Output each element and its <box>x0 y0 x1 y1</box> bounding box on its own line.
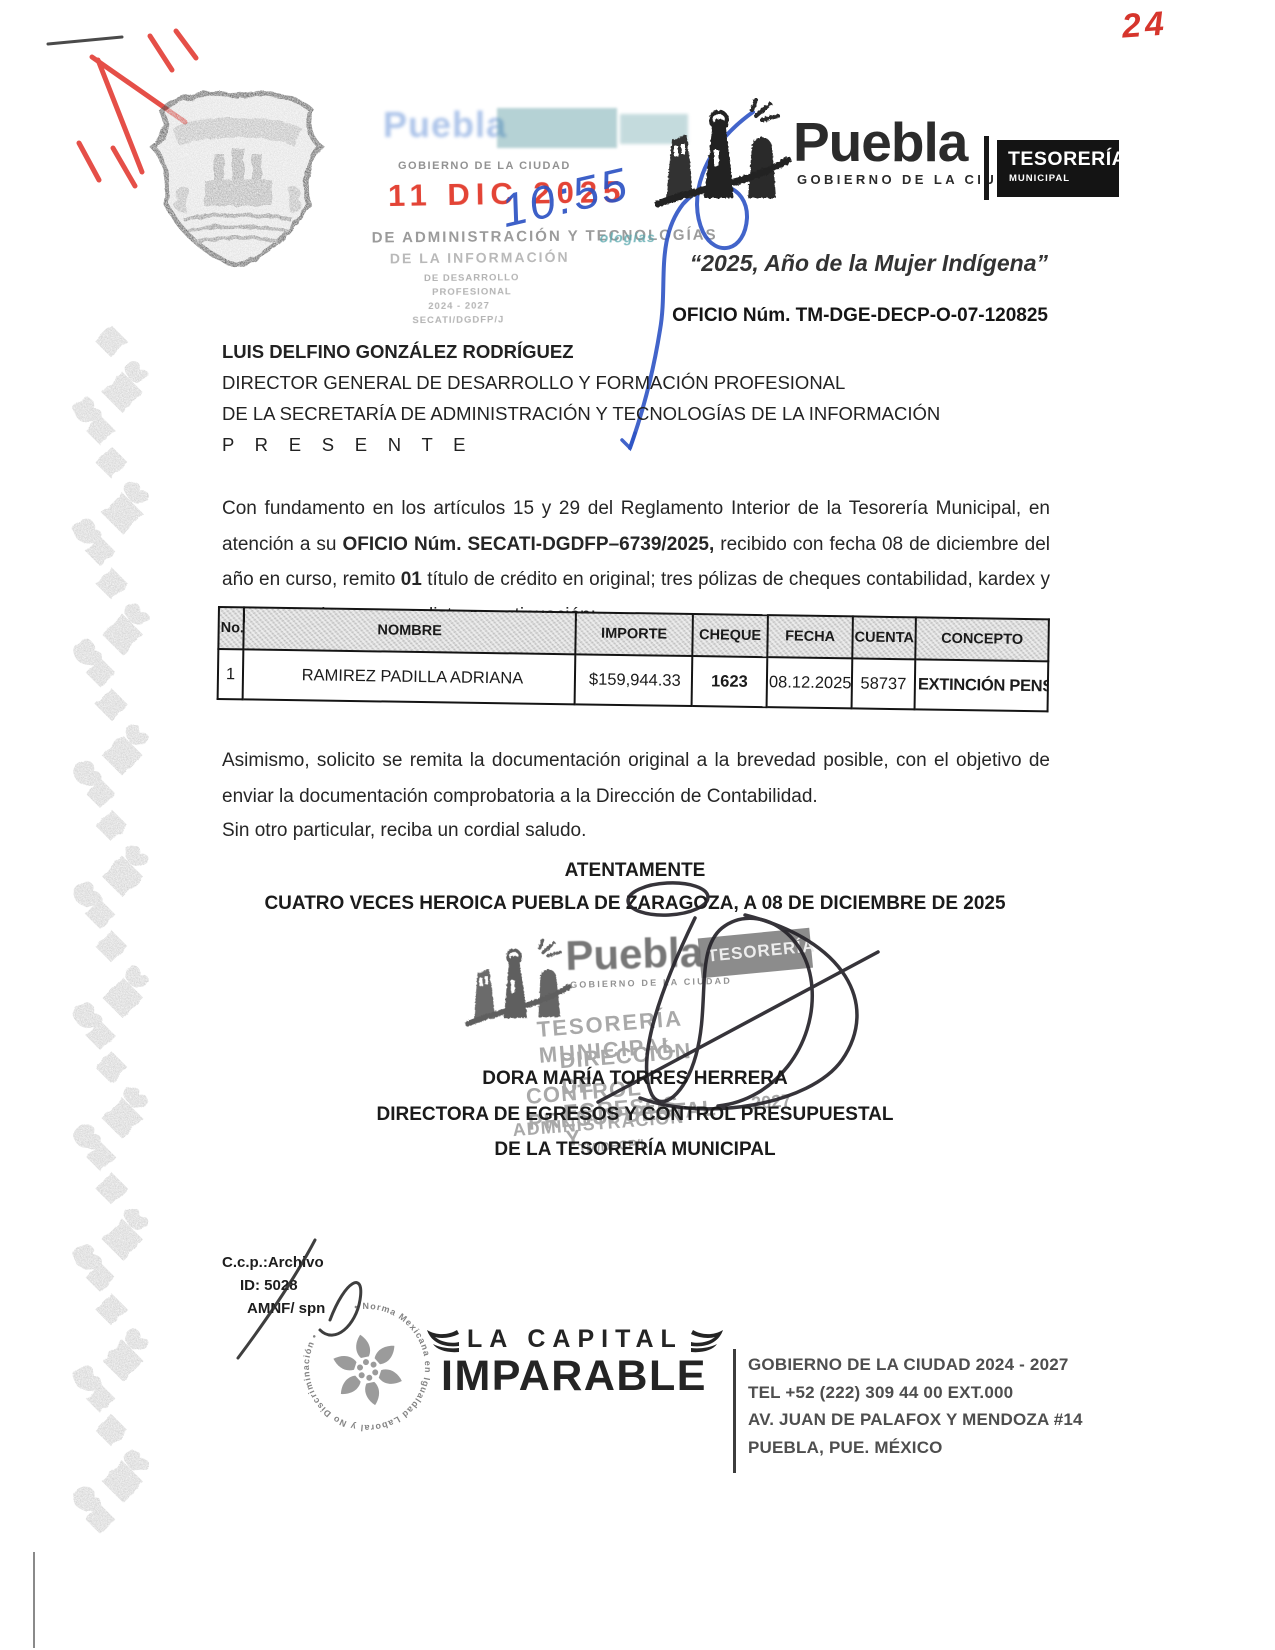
imparable-text: IMPARABLE <box>441 1352 725 1401</box>
cell-cuenta: 58737 <box>852 658 916 709</box>
col-concepto: CONCEPTO <box>915 617 1049 661</box>
col-fecha: FECHA <box>767 615 853 658</box>
tesoreria-label: TESORERÍA <box>1008 148 1126 171</box>
handwritten-signature <box>560 880 900 1130</box>
puebla-logo-mark <box>652 98 792 210</box>
presente-line: P R E S E N T E <box>222 429 940 460</box>
wing-right-icon <box>689 1324 725 1354</box>
cell-fecha: 08.12.2025 <box>767 657 853 708</box>
header-divider-bar <box>984 136 989 200</box>
footer-address: GOBIERNO DE LA CIUDAD 2024 - 2027 TEL +5… <box>748 1351 1083 1461</box>
scan-edge-mark <box>33 1552 35 1648</box>
atentamente-line: ATENTAMENTE <box>222 860 1048 882</box>
body-paragraph-2: Asimismo, solicito se remita la document… <box>222 743 1050 814</box>
p1-oficio-ref: OFICIO Núm. SECATI-DGDFP–6739/2025, <box>343 534 715 555</box>
col-cuenta: CUENTA <box>852 616 916 659</box>
scanned-oficio-page: Puebla GOBIERNO DE LA CIUDAD 11 DIC 2025… <box>0 0 1275 1650</box>
footer-line-1: GOBIERNO DE LA CIUDAD 2024 - 2027 <box>748 1351 1083 1379</box>
footer-divider <box>733 1349 736 1473</box>
p1-count: 01 <box>401 569 422 590</box>
oficio-number: OFICIO Núm. TM-DGE-DECP-O-07-120825 <box>222 305 1048 327</box>
cert-ring-text: • Norma Mexicana en Igualdad Laboral y N… <box>289 1289 446 1446</box>
cell-importe: $ 159,944.33 <box>575 654 693 706</box>
col-nombre: NOMBRE <box>243 607 576 654</box>
cell-no: 1 <box>218 649 244 699</box>
cell-nombre: RAMIREZ PADILLA ADRIANA <box>243 649 576 704</box>
year-slogan: “2025, Año de la Mujer Indígena” <box>420 250 1048 277</box>
municipal-label: MUNICIPAL <box>1009 173 1070 184</box>
reception-stamp-city-line: GOBIERNO DE LA CIUDAD <box>398 160 571 172</box>
body-paragraph-3: Sin otro particular, reciba un cordial s… <box>222 813 1050 849</box>
recipient-name: LUIS DELFINO GONZÁLEZ RODRÍGUEZ <box>222 336 940 367</box>
cell-cheque: 1623 <box>692 656 768 707</box>
reception-stamp-brand: Puebla <box>383 104 507 146</box>
capital-imparable-logo: LA CAPITAL IMPARABLE <box>425 1324 725 1401</box>
left-ornament-band <box>64 322 160 1537</box>
col-importe: IMPORTE <box>575 612 693 656</box>
recipient-title-2: DE LA SECRETARÍA DE ADMINISTRACIÓN Y TEC… <box>222 398 940 429</box>
col-cheque: CHEQUE <box>692 614 768 657</box>
amount: 159,944.33 <box>598 670 681 690</box>
footer-line-2: TEL +52 (222) 309 44 00 EXT.000 <box>748 1379 1083 1407</box>
cell-concepto: EXTINCIÓN PENSIÓN <box>915 659 1049 711</box>
handwritten-page-number: 24 <box>1121 4 1169 46</box>
credit-table: No. NOMBRE IMPORTE CHEQUE FECHA CUENTA C… <box>217 606 1050 712</box>
tesoreria-box: TESORERÍA MUNICIPAL <box>997 140 1119 197</box>
puebla-wordmark: Puebla <box>793 110 967 174</box>
footer-line-4: PUEBLA, PUE. MÉXICO <box>748 1434 1083 1462</box>
wing-left-icon <box>425 1324 461 1354</box>
currency-symbol: $ <box>589 670 598 689</box>
capital-text: LA CAPITAL <box>467 1325 683 1354</box>
footer-line-3: AV. JUAN DE PALAFOX Y MENDOZA #14 <box>748 1406 1083 1434</box>
col-no: No. <box>218 607 244 649</box>
recipient-block: LUIS DELFINO GONZÁLEZ RODRÍGUEZ DIRECTOR… <box>222 336 940 460</box>
city-crest <box>142 88 332 278</box>
signatory-title-1: DIRECTORA DE EGRESOS Y CONTROL PRESUPUES… <box>222 1104 1048 1126</box>
recipient-title-1: DIRECTOR GENERAL DE DESARROLLO Y FORMACI… <box>222 367 940 398</box>
signatory-name: DORA MARÍA TORRES HERRERA <box>222 1068 1048 1090</box>
svg-text:• Norma Mexicana en Igualdad L: • Norma Mexicana en Igualdad Laboral y N… <box>289 1289 446 1446</box>
signatory-title-2: DE LA TESORERÍA MUNICIPAL <box>222 1139 1048 1161</box>
